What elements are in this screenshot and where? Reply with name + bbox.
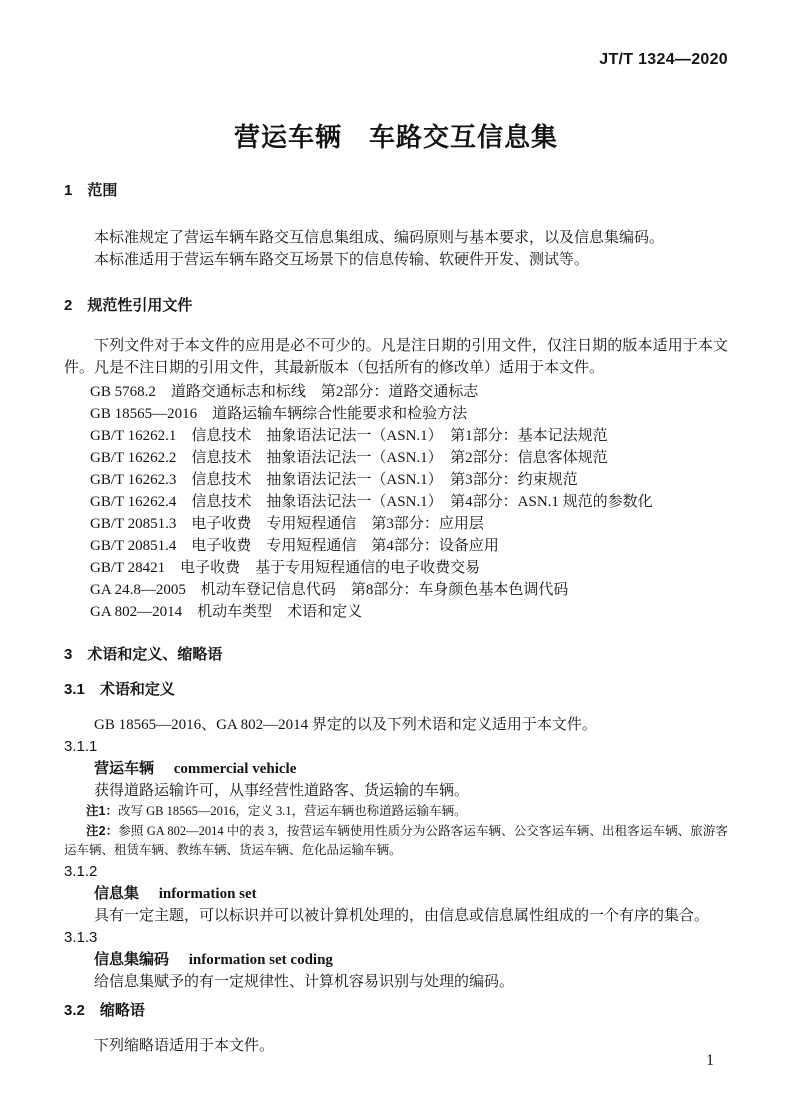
abbreviations-intro: 下列缩略语适用于本文件。 [64, 1035, 728, 1057]
section-2-heading: 2 规范性引用文件 [64, 298, 728, 314]
reference-item: GA 24.8—2005 机动车登记信息代码 第8部分：车身颜色基本色调代码 [64, 579, 728, 601]
section-title: 术语和定义 [100, 682, 175, 698]
term-title: 信息集 information set [64, 883, 728, 905]
term-definition: 给信息集赋予的有一定规律性、计算机容易识别与处理的编码。 [64, 971, 728, 993]
term-entry: 3.1.2 信息集 information set 具有一定主题，可以标识并可以… [64, 861, 728, 927]
section-3-2-heading: 3.2 缩略语 [64, 1003, 728, 1019]
term-english: information set [159, 886, 257, 902]
term-chinese: 信息集编码 [94, 951, 169, 968]
note-1: 注1：改写 GB 18565—2016，定义 3.1，营运车辆也称道路运输车辆。 [64, 802, 728, 822]
standard-number: JT/T 1324—2020 [64, 50, 728, 70]
page-content: JT/T 1324—2020 营运车辆 车路交互信息集 1 范围 本标准规定了营… [0, 0, 790, 1057]
section-number: 3 [64, 647, 72, 663]
term-entry: 3.1.1 营运车辆 commercial vehicle 获得道路运输许可，从… [64, 736, 728, 861]
section-title: 规范性引用文件 [87, 298, 192, 314]
reference-list: GB 5768.2 道路交通标志和标线 第2部分：道路交通标志 GB 18565… [64, 381, 728, 623]
scope-paragraph-2: 本标准适用于营运车辆车路交互场景下的信息传输、软硬件开发、测试等。 [64, 249, 728, 271]
term-definition: 具有一定主题，可以标识并可以被计算机处理的，由信息或信息属性组成的一个有序的集合… [64, 905, 728, 927]
term-title: 营运车辆 commercial vehicle [64, 758, 728, 780]
term-chinese: 营运车辆 [94, 760, 154, 777]
term-notes: 注1：改写 GB 18565—2016，定义 3.1，营运车辆也称道路运输车辆。… [64, 802, 728, 861]
term-chinese: 信息集 [94, 885, 139, 902]
clause-number: 3.1.2 [64, 861, 728, 883]
section-title: 范围 [87, 183, 117, 199]
reference-item: GB/T 16262.1 信息技术 抽象语法记法一（ASN.1） 第1部分：基本… [64, 425, 728, 447]
note-text: 改写 GB 18565—2016，定义 3.1，营运车辆也称道路运输车辆。 [118, 804, 467, 818]
clause-number: 3.1.1 [64, 736, 728, 758]
section-title: 术语和定义、缩略语 [87, 647, 222, 663]
document-page: JT/T 1324—2020 营运车辆 车路交互信息集 1 范围 本标准规定了营… [0, 0, 790, 1116]
section-3-1-heading: 3.1 术语和定义 [64, 682, 728, 698]
reference-item: GB/T 28421 电子收费 基于专用短程通信的电子收费交易 [64, 557, 728, 579]
reference-item: GB/T 16262.2 信息技术 抽象语法记法一（ASN.1） 第2部分：信息… [64, 447, 728, 469]
term-title: 信息集编码 information set coding [64, 949, 728, 971]
page-number: 1 [706, 1051, 714, 1071]
reference-item: GB 18565—2016 道路运输车辆综合性能要求和检验方法 [64, 403, 728, 425]
term-entry: 3.1.3 信息集编码 information set coding 给信息集赋… [64, 927, 728, 993]
note-label: 注1： [86, 804, 118, 818]
reference-item: GA 802—2014 机动车类型 术语和定义 [64, 601, 728, 623]
reference-item: GB/T 20851.3 电子收费 专用短程通信 第3部分：应用层 [64, 513, 728, 535]
scope-paragraph-1: 本标准规定了营运车辆车路交互信息集组成、编码原则与基本要求，以及信息集编码。 [64, 227, 728, 249]
normative-references-intro: 下列文件对于本文件的应用是必不可少的。凡是注日期的引用文件，仅注日期的版本适用于… [64, 335, 728, 379]
note-2: 注2：参照 GA 802—2014 中的表 3，按营运车辆使用性质分为公路客运车… [64, 822, 728, 861]
section-1-heading: 1 范围 [64, 183, 728, 199]
section-number: 1 [64, 183, 72, 199]
note-text: 参照 GA 802—2014 中的表 3，按营运车辆使用性质分为公路客运车辆、公… [64, 824, 728, 858]
reference-item: GB/T 16262.3 信息技术 抽象语法记法一（ASN.1） 第3部分：约束… [64, 469, 728, 491]
section-number: 3.2 [64, 1003, 85, 1019]
clause-number: 3.1.3 [64, 927, 728, 949]
reference-item: GB/T 16262.4 信息技术 抽象语法记法一（ASN.1） 第4部分：AS… [64, 491, 728, 513]
note-label: 注2： [86, 824, 118, 838]
term-english: information set coding [189, 952, 333, 968]
term-english: commercial vehicle [174, 761, 297, 777]
reference-item: GB/T 20851.4 电子收费 专用短程通信 第4部分：设备应用 [64, 535, 728, 557]
section-number: 3.1 [64, 682, 85, 698]
section-3-heading: 3 术语和定义、缩略语 [64, 647, 728, 663]
document-title: 营运车辆 车路交互信息集 [64, 122, 728, 152]
section-title: 缩略语 [100, 1003, 145, 1019]
terms-intro: GB 18565—2016、GA 802—2014 界定的以及下列术语和定义适用… [64, 714, 728, 736]
section-number: 2 [64, 298, 72, 314]
reference-item: GB 5768.2 道路交通标志和标线 第2部分：道路交通标志 [64, 381, 728, 403]
term-definition: 获得道路运输许可，从事经营性道路客、货运输的车辆。 [64, 780, 728, 802]
